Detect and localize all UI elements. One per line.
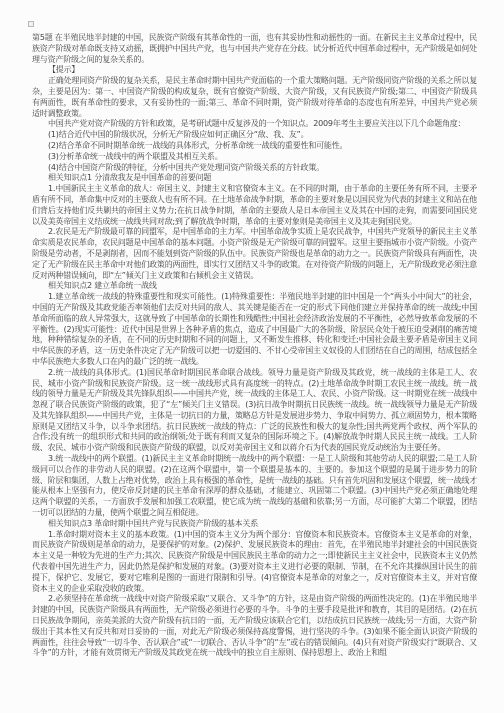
angle-item-3: (3)分析革命统一战线中的两个联盟及其相互关系。: [32, 152, 477, 163]
knowledge-point-3-para-1: 1.革命时期对资本主义的基本政策。(1)中国的资本主义分为两个部分：官僚资本和民…: [32, 530, 477, 595]
knowledge-point-2-para-3: 3.统一战线中的两个联盟。(1)新民主主义革命时期统一战线中的两个联盟：一是工人…: [32, 454, 477, 519]
question-paragraph: 第5题 在半殖民地半封建的中国，民族资产阶级有其革命性的一面，也有其妥协性和动摇…: [32, 33, 477, 65]
knowledge-point-1-para-2: 2.农民是无产阶级最可靠的同盟军，是中国革命的主力军。中国革命战争实质上是农民战…: [32, 227, 477, 281]
knowledge-point-2-para-2: 2.统一战线的具体形式。(1)国民革命时期国民革命联合战线。领导力量是资产阶级及…: [32, 368, 477, 454]
hint-paragraph-1: 正确处理同资产阶级的复杂关系，是民主革命时期中国共产党面临的一个重大策略问题。无…: [32, 76, 477, 119]
knowledge-point-3-heading: 相关知识点3 革命时期中国共产党与民族资产阶级的基本关系: [32, 519, 477, 530]
angle-item-1: (1)结合近代中国的阶级状况，分析无产阶级应如何正确区分“敌、我、友”。: [32, 130, 477, 141]
knowledge-point-1-para-1: 1.中国新民主主义革命的敌人：帝国主义、封建主义和官僚资本主义。在不同的时期，由…: [32, 184, 477, 227]
hint-label: 【提示】: [32, 65, 477, 76]
angle-item-2: (2)结合革命不同时期革命统一战线的具体形式，分析革命统一战线的重要性和可能性。: [32, 141, 477, 152]
knowledge-point-1-heading: 相关知识点1 分清敌我友是中国革命的首要问题: [32, 173, 477, 184]
knowledge-point-2-para-1: 1.建立革命统一战线的特殊重要性和现实可能性。(1)特殊重要性：半殖民地半封建的…: [32, 292, 477, 368]
angle-item-4: (4)结合中国资产阶级的特征，分析中国共产党处理同资产阶级关系的方针政策。: [32, 163, 477, 174]
document-page: 第5题 在半殖民地半封建的中国，民族资产阶级有其革命性的一面，也有其妥协性和动摇…: [0, 0, 504, 713]
hint-paragraph-2: 中国共产党对资产阶级的方针和政策，是考研试题中反复涉及的一个知识点。2009年考…: [32, 119, 477, 130]
knowledge-point-2-heading: 相关知识点2 建立革命统一战线: [32, 281, 477, 292]
knowledge-point-3-para-2: 2.必须坚持在革命统一战线中对资产阶级采取“又联合、又斗争”的方针，这是由资产阶…: [32, 594, 477, 659]
corner-square-icon: [28, 21, 34, 27]
